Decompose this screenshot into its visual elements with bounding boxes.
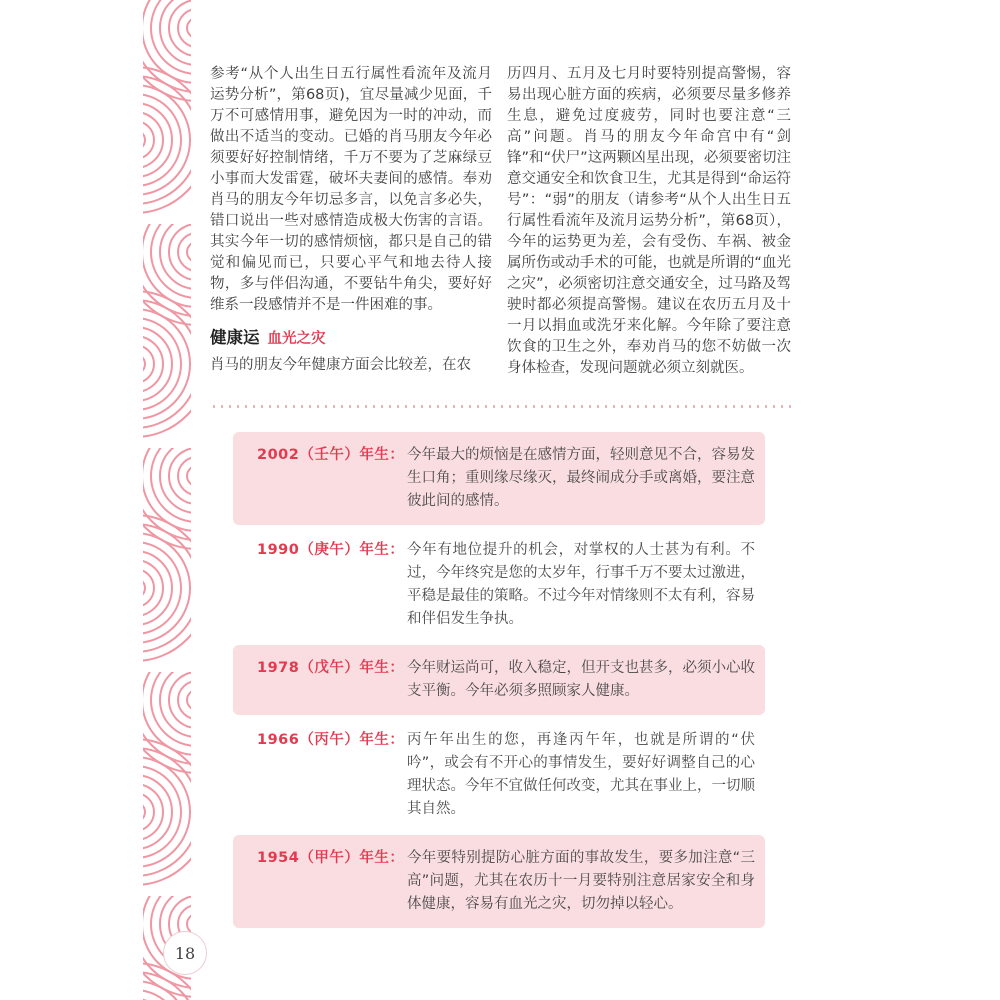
year-text: 今年要特别提防心脏方面的事故发生，要多加注意“三高”问题，尤其在农历十一月要特别…	[407, 847, 755, 916]
year-label: 1966（丙午）年生：	[257, 729, 407, 752]
year-text: 今年财运尚可，收入稳定，但开支也甚多，必须小心收支平衡。今年必须多照顾家人健康。	[407, 657, 755, 703]
wave-pattern	[143, 0, 191, 1000]
year-text: 丙午年出生的您，再逢丙午年，也就是所谓的“伏吟”，或会有不开心的事情发生，要好好…	[407, 729, 755, 821]
year-section-1990: 1990（庚午）年生： 今年有地位提升的机会，对掌权的人士甚为有利。不过，今年终…	[233, 539, 765, 631]
book-page: 18 参考“从个人出生日五行属性看流年及流月运势分析”，第68页)，宜尽量减少见…	[0, 0, 1000, 1000]
left-column: 参考“从个人出生日五行属性看流年及流月运势分析”，第68页)，宜尽量减少见面，千…	[210, 64, 492, 376]
year-section-2002: 2002（壬午）年生： 今年最大的烦恼是在感情方面，轻则意见不合，容易发生口角；…	[233, 432, 765, 525]
right-column: 历四月、五月及七月时要特别提高警惕，容易出现心脏方面的疾病，必须要尽量多修养生息…	[507, 64, 791, 379]
year-section-1966: 1966（丙午）年生： 丙午年出生的您，再逢丙午年，也就是所谓的“伏吟”，或会有…	[233, 729, 765, 821]
health-paragraph-start: 肖马的朋友今年健康方面会比较差，在农	[210, 355, 492, 376]
year-text: 今年最大的烦恼是在感情方面，轻则意见不合，容易发生口角；重则缘尽缘灭，最终闹成分…	[407, 444, 755, 513]
page-number: 18	[175, 944, 195, 963]
health-section-heading: 健康运血光之灾	[210, 326, 492, 351]
year-text: 今年有地位提升的机会，对掌权的人士甚为有利。不过，今年终究是您的太岁年，行事千万…	[407, 539, 755, 631]
page-number-badge: 18	[163, 931, 207, 975]
health-paragraph-continued: 历四月、五月及七月时要特别提高警惕，容易出现心脏方面的疾病，必须要尽量多修养生息…	[507, 64, 791, 379]
health-heading-title: 健康运	[210, 328, 260, 347]
year-label: 1954（甲午）年生：	[257, 847, 407, 870]
year-label: 2002（壬午）年生：	[257, 444, 407, 467]
year-sections: 2002（壬午）年生： 今年最大的烦恼是在感情方面，轻则意见不合，容易发生口角；…	[233, 432, 765, 942]
health-heading-subtitle: 血光之灾	[268, 331, 326, 347]
love-advice-paragraph: 参考“从个人出生日五行属性看流年及流月运势分析”，第68页)，宜尽量减少见面，千…	[210, 64, 492, 316]
dotted-separator	[213, 405, 791, 408]
year-label: 1990（庚午）年生：	[257, 539, 407, 562]
year-section-1978: 1978（戊午）年生： 今年财运尚可，收入稳定，但开支也甚多，必须小心收支平衡。…	[233, 645, 765, 715]
year-section-1954: 1954（甲午）年生： 今年要特别提防心脏方面的事故发生，要多加注意“三高”问题…	[233, 835, 765, 928]
year-label: 1978（戊午）年生：	[257, 657, 407, 680]
